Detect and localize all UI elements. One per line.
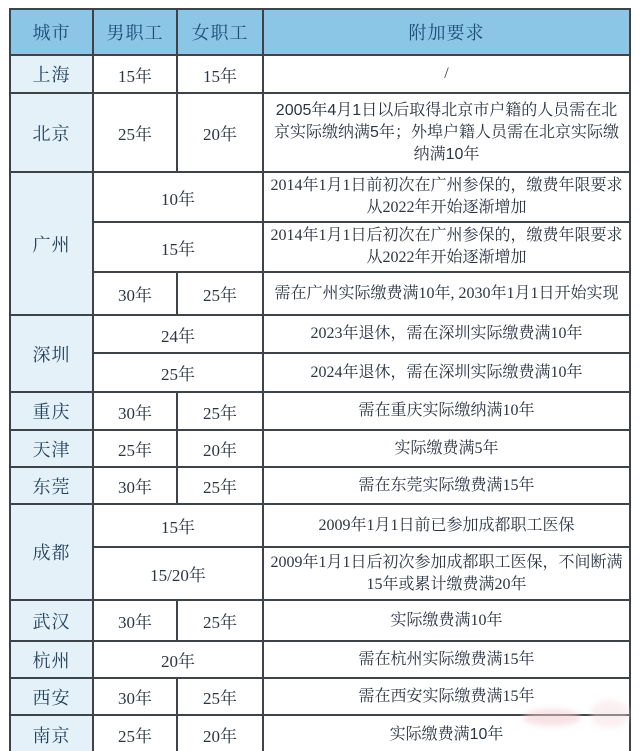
years-cell: 15年 <box>93 222 263 272</box>
male-years-cell: 30年 <box>93 600 177 641</box>
requirement-cell: 需在杭州实际缴费满15年 <box>263 641 630 678</box>
header-male: 男职工 <box>93 9 177 55</box>
city-cell: 南京 <box>10 715 93 751</box>
requirement-cell: 实际缴费满10年 <box>263 600 630 641</box>
female-years-cell: 25年 <box>177 272 263 315</box>
requirement-cell: 需在广州实际缴费满10年, 2030年1月1日开始实现 <box>263 272 630 315</box>
requirement-cell: 2023年退休，需在深圳实际缴费满10年 <box>263 315 630 353</box>
years-cell: 24年 <box>93 315 263 353</box>
table-row-shanghai: 上海 15年 15年 / <box>10 55 630 93</box>
table-row-wuhan: 武汉 30年 25年 实际缴费满10年 <box>10 600 630 641</box>
male-years-cell: 25年 <box>93 430 177 467</box>
female-years-cell: 15年 <box>177 55 263 93</box>
requirement-cell: 2014年1月1日后初次在广州参保的，缴费年限要求从2022年开始逐渐增加 <box>263 222 630 272</box>
requirement-cell: / <box>263 55 630 93</box>
page-background: 城市 男职工 女职工 附加要求 上海 15年 15年 / 北京 25年 20年 … <box>0 0 640 751</box>
header-requirement: 附加要求 <box>263 9 630 55</box>
table-row-guangzhou-2: 15年 2014年1月1日后初次在广州参保的，缴费年限要求从2022年开始逐渐增… <box>10 222 630 272</box>
requirement-cell: 2024年退休，需在深圳实际缴费满10年 <box>263 353 630 392</box>
female-years-cell: 25年 <box>177 678 263 715</box>
table-row-chongqing: 重庆 30年 25年 需在重庆实际缴纳满10年 <box>10 392 630 430</box>
city-cell: 杭州 <box>10 641 93 678</box>
male-years-cell: 25年 <box>93 715 177 751</box>
female-years-cell: 25年 <box>177 467 263 504</box>
female-years-cell: 25年 <box>177 392 263 430</box>
table-row-tianjin: 天津 25年 20年 实际缴费满5年 <box>10 430 630 467</box>
city-cell: 重庆 <box>10 392 93 430</box>
requirement-cell: 实际缴费满5年 <box>263 430 630 467</box>
requirement-cell: 2009年1月1日前已参加成都职工医保 <box>263 504 630 547</box>
table-row-guangzhou-1: 广州 10年 2014年1月1日前初次在广州参保的，缴费年限要求从2022年开始… <box>10 172 630 222</box>
header-row: 城市 男职工 女职工 附加要求 <box>10 9 630 55</box>
table-row-guangzhou-3: 30年 25年 需在广州实际缴费满10年, 2030年1月1日开始实现 <box>10 272 630 315</box>
female-years-cell: 25年 <box>177 600 263 641</box>
male-years-cell: 30年 <box>93 272 177 315</box>
requirement-cell: 2009年1月1日后初次参加成都职工医保，不间断满15年或累计缴费满20年 <box>263 547 630 600</box>
table-row-chengdu-1: 成都 15年 2009年1月1日前已参加成都职工医保 <box>10 504 630 547</box>
table-row-shenzhen-2: 25年 2024年退休，需在深圳实际缴费满10年 <box>10 353 630 392</box>
table-row-xian: 西安 30年 25年 需在西安实际缴费满15年 <box>10 678 630 715</box>
table-row-hangzhou: 杭州 20年 需在杭州实际缴费满15年 <box>10 641 630 678</box>
table-row-chengdu-2: 15/20年 2009年1月1日后初次参加成都职工医保，不间断满15年或累计缴费… <box>10 547 630 600</box>
female-years-cell: 20年 <box>177 430 263 467</box>
male-years-cell: 30年 <box>93 467 177 504</box>
years-cell: 15/20年 <box>93 547 263 600</box>
table-row-dongguan: 东莞 30年 25年 需在东莞实际缴费满15年 <box>10 467 630 504</box>
city-cell: 天津 <box>10 430 93 467</box>
city-cell: 上海 <box>10 55 93 93</box>
header-city: 城市 <box>10 9 93 55</box>
city-cell: 北京 <box>10 93 93 172</box>
city-cell: 广州 <box>10 172 93 315</box>
female-years-cell: 20年 <box>177 715 263 751</box>
years-cell: 20年 <box>93 641 263 678</box>
table-row-nanjing: 南京 25年 20年 实际缴费满10年 <box>10 715 630 751</box>
insurance-requirements-table: 城市 男职工 女职工 附加要求 上海 15年 15年 / 北京 25年 20年 … <box>9 8 631 751</box>
requirement-cell: 2005年4月1日以后取得北京市户籍的人员需在北京实际缴纳满5年；外埠户籍人员需… <box>263 93 630 172</box>
table-row-shenzhen-1: 深圳 24年 2023年退休，需在深圳实际缴费满10年 <box>10 315 630 353</box>
years-cell: 25年 <box>93 353 263 392</box>
city-cell: 东莞 <box>10 467 93 504</box>
female-years-cell: 20年 <box>177 93 263 172</box>
city-cell: 西安 <box>10 678 93 715</box>
requirement-cell: 2014年1月1日前初次在广州参保的，缴费年限要求从2022年开始逐渐增加 <box>263 172 630 222</box>
male-years-cell: 30年 <box>93 392 177 430</box>
male-years-cell: 25年 <box>93 93 177 172</box>
city-cell: 深圳 <box>10 315 93 392</box>
years-cell: 10年 <box>93 172 263 222</box>
requirement-cell: 实际缴费满10年 <box>263 715 630 751</box>
requirement-cell: 需在西安实际缴费满15年 <box>263 678 630 715</box>
male-years-cell: 15年 <box>93 55 177 93</box>
city-cell: 成都 <box>10 504 93 600</box>
table-row-beijing: 北京 25年 20年 2005年4月1日以后取得北京市户籍的人员需在北京实际缴纳… <box>10 93 630 172</box>
city-cell: 武汉 <box>10 600 93 641</box>
requirement-cell: 需在重庆实际缴纳满10年 <box>263 392 630 430</box>
male-years-cell: 30年 <box>93 678 177 715</box>
requirement-cell: 需在东莞实际缴费满15年 <box>263 467 630 504</box>
header-female: 女职工 <box>177 9 263 55</box>
years-cell: 15年 <box>93 504 263 547</box>
